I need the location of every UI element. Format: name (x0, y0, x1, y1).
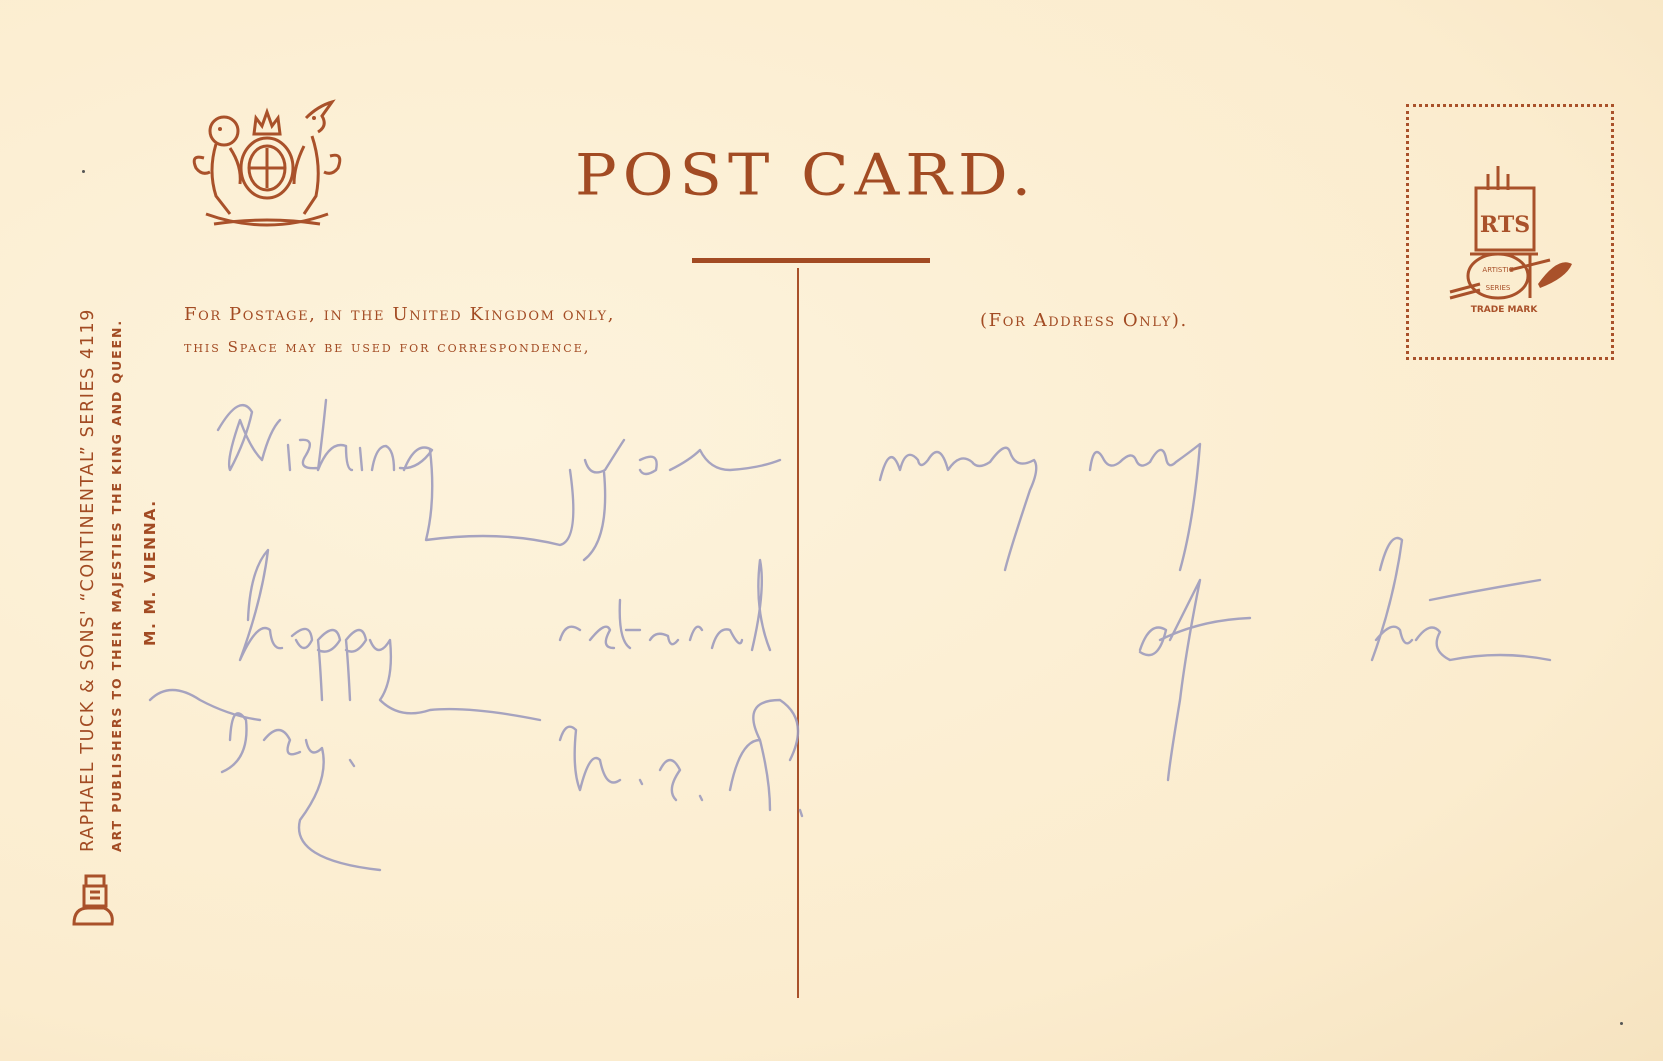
tuck-easel-logo-icon (70, 872, 118, 930)
center-divider-line (797, 268, 799, 998)
page-title: POST CARD. (575, 141, 1037, 208)
paper-speck (82, 170, 85, 173)
svg-text:ARTISTIC: ARTISTIC (1482, 266, 1513, 274)
publisher-imprint-line-2: ART PUBLISHERS TO THEIR MAJESTIES THE KI… (109, 319, 124, 852)
address-label: (For Address Only). (980, 310, 1188, 331)
postage-note-line-1: For Postage, in the United Kingdom only, (184, 304, 615, 325)
paper-speck (1620, 1022, 1623, 1025)
svg-text:SERIES: SERIES (1486, 284, 1511, 292)
royal-coat-of-arms-icon (186, 96, 348, 231)
artistic-series-trademark-icon: RTS ARTISTIC SERIES TRADE MARK (1440, 160, 1580, 320)
svg-text:RTS: RTS (1480, 212, 1530, 238)
publisher-imprint-line-1: RAPHAEL TUCK & SONS' “CONTINENTAL” SERIE… (78, 308, 98, 852)
title-underline (692, 258, 930, 263)
postage-note-line-2: this Space may be used for correspondenc… (184, 338, 591, 356)
svg-text:TRADE MARK: TRADE MARK (1471, 305, 1539, 315)
publisher-imprint-line-3: M. M. VIENNA. (141, 499, 159, 646)
